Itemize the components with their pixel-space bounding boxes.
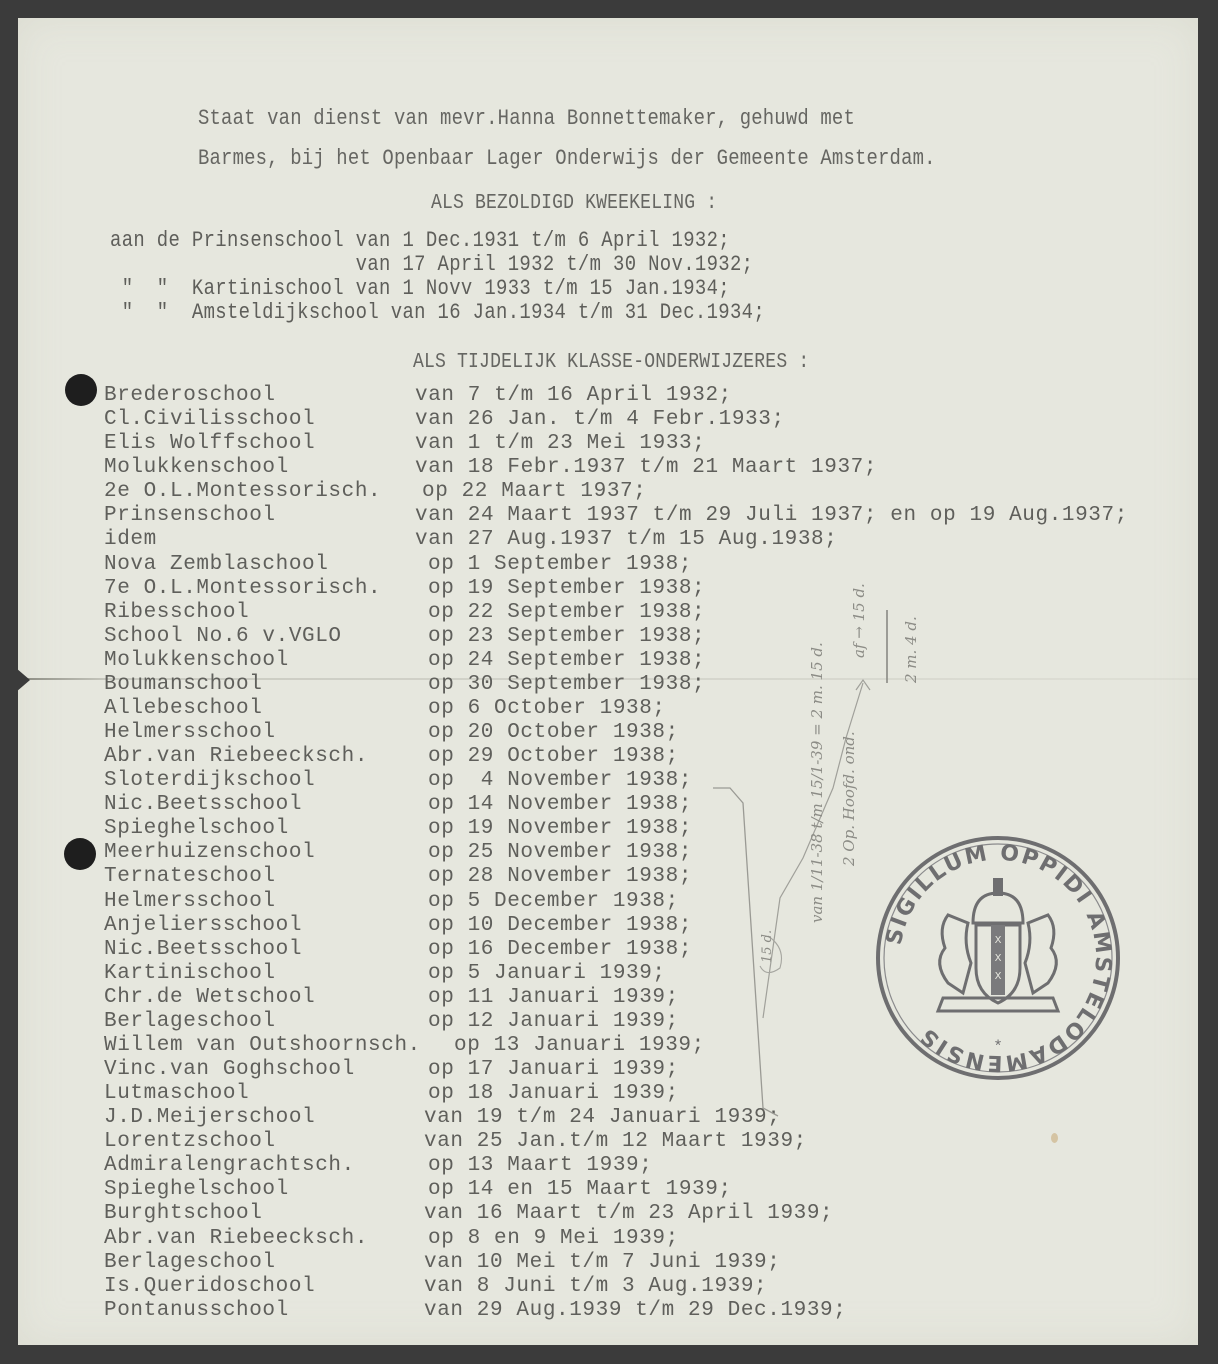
period: op 23 September 1938; (428, 625, 705, 649)
school-name: Molukkenschool (104, 649, 289, 673)
period: van 7 t/m 16 April 1932; (415, 384, 732, 408)
punch-hole-bottom (64, 838, 96, 870)
period: van 29 Aug.1939 t/m 29 Dec.1939; (424, 1299, 846, 1323)
svg-text:X: X (995, 953, 1002, 964)
school-name: School No.6 v.VGLO (104, 625, 342, 649)
school-name: Nic.Beetsschool (104, 938, 302, 962)
period: op 22 Maart 1937; (422, 480, 646, 504)
paper-tear (16, 668, 30, 692)
period: op 8 en 9 Mei 1939; (428, 1227, 679, 1251)
period: van 24 Maart 1937 t/m 29 Juli 1937; en o… (415, 504, 1128, 528)
kweekeling-line-2: van 17 April 1932 t/m 30 Nov.1932; (110, 254, 753, 276)
school-name: Cl.Civilisschool (104, 408, 315, 432)
school-name: Vinc.van Goghschool (104, 1058, 355, 1082)
pencil-note-dates: van 1/11-38 t/m 15/1-39 = 2 m. 15 d. (808, 642, 826, 923)
school-name: Nova Zemblaschool (104, 553, 328, 577)
stain-mark (1051, 1133, 1058, 1143)
school-name: Admiralengrachtsch. (104, 1154, 355, 1178)
section-heading-klasse-onderwijzeres: ALS TIJDELIJK KLASSE-ONDERWIJZERES : (413, 352, 809, 373)
school-name: Meerhuizenschool (104, 841, 315, 865)
school-name: idem (104, 528, 157, 552)
period: op 4 November 1938; (428, 769, 692, 793)
kweekeling-line-1: aan de Prinsenschool van 1 Dec.1931 t/m … (110, 230, 730, 252)
period: op 1 September 1938; (428, 553, 692, 577)
title-line-2: Barmes, bij het Openbaar Lager Onderwijs… (198, 148, 936, 170)
period: op 5 Januari 1939; (428, 962, 666, 986)
school-name: Chr.de Wetschool (104, 986, 315, 1010)
school-name: Is.Queridoschool (104, 1275, 315, 1299)
school-name: Lorentzschool (104, 1130, 276, 1154)
period: van 8 Juni t/m 3 Aug.1939; (424, 1275, 767, 1299)
punch-hole-top (65, 374, 97, 406)
period: op 6 October 1938; (428, 697, 666, 721)
period: op 25 November 1938; (428, 841, 692, 865)
city-seal-stamp: SIGILLUM OPPIDI AMSTELODAMENSIS X X X * (873, 833, 1123, 1083)
school-name: Burghtschool (104, 1202, 262, 1226)
period: op 5 December 1938; (428, 890, 679, 914)
title-line-1: Staat van dienst van mevr.Hanna Bonnette… (198, 108, 855, 130)
school-name: Sloterdijkschool (104, 769, 315, 793)
period: op 16 December 1938; (428, 938, 692, 962)
period: op 29 October 1938; (428, 745, 679, 769)
school-name: 7e O.L.Montessorisch. (104, 577, 381, 601)
period: op 10 December 1938; (428, 914, 692, 938)
period: op 18 Januari 1939; (428, 1082, 679, 1106)
school-name: Pontanusschool (104, 1299, 289, 1323)
school-name: Helmersschool (104, 890, 276, 914)
school-name: 2e O.L.Montessorisch. (104, 480, 381, 504)
period: op 19 September 1938; (428, 577, 705, 601)
school-name: Spieghelschool (104, 1178, 289, 1202)
period: van 19 t/m 24 Januari 1939; (424, 1106, 780, 1130)
period: van 26 Jan. t/m 4 Febr.1933; (415, 408, 785, 432)
school-name: Allebeschool (104, 697, 262, 721)
period: op 14 en 15 Maart 1939; (428, 1178, 732, 1202)
period: op 17 Januari 1939; (428, 1058, 679, 1082)
period: op 19 November 1938; (428, 817, 692, 841)
pencil-note-hoofd: 2 Op. Hoofd. ond. (840, 731, 858, 866)
period: op 12 Januari 1939; (428, 1010, 679, 1034)
school-name: Abr.van Riebeecksch. (104, 1227, 368, 1251)
period: van 27 Aug.1937 t/m 15 Aug.1938; (415, 528, 837, 552)
school-name: Lutmaschool (104, 1082, 249, 1106)
school-name: Ribesschool (104, 601, 249, 625)
school-name: Brederoschool (104, 384, 276, 408)
school-name: Kartinischool (104, 962, 276, 986)
school-name: Elis Wolffschool (104, 432, 315, 456)
period: op 28 November 1938; (428, 865, 692, 889)
period: op 30 September 1938; (428, 673, 705, 697)
school-name: Willem van Outshoornsch. (104, 1034, 421, 1058)
kweekeling-line-3: " " Kartinischool van 1 Novv 1933 t/m 15… (110, 278, 730, 300)
pencil-note-circled: 15 d. (760, 930, 775, 963)
school-name: Molukkenschool (104, 456, 289, 480)
period: op 13 Maart 1939; (428, 1154, 652, 1178)
period: van 1 t/m 23 Mei 1933; (415, 432, 705, 456)
period: op 13 Januari 1939; (454, 1034, 705, 1058)
school-name: J.D.Meijerschool (104, 1106, 315, 1130)
school-name: Berlageschool (104, 1251, 276, 1275)
period: van 10 Mei t/m 7 Juni 1939; (424, 1251, 780, 1275)
school-name: Berlageschool (104, 1010, 276, 1034)
period: op 24 September 1938; (428, 649, 705, 673)
pencil-note-af: af → 15 d. (850, 583, 868, 658)
period: op 20 October 1938; (428, 721, 679, 745)
school-name: Ternateschool (104, 865, 276, 889)
svg-text:X: X (995, 935, 1002, 946)
school-name: Abr.van Riebeecksch. (104, 745, 368, 769)
school-name: Anjeliersschool (104, 914, 302, 938)
school-name: Boumanschool (104, 673, 262, 697)
seal-star: * (993, 1038, 1003, 1056)
school-name: Prinsenschool (104, 504, 276, 528)
document-page: Staat van dienst van mevr.Hanna Bonnette… (18, 18, 1198, 1345)
period: van 25 Jan.t/m 12 Maart 1939; (424, 1130, 807, 1154)
period: op 22 September 1938; (428, 601, 705, 625)
section-heading-kweekeling: ALS BEZOLDIGD KWEEKELING : (431, 193, 717, 214)
period: van 18 Febr.1937 t/m 21 Maart 1937; (415, 456, 877, 480)
school-name: Helmersschool (104, 721, 276, 745)
kweekeling-line-4: " " Amsteldijkschool van 16 Jan.1934 t/m… (110, 302, 765, 324)
period: van 16 Maart t/m 23 April 1939; (424, 1202, 833, 1226)
school-name: Nic.Beetsschool (104, 793, 302, 817)
school-name: Spieghelschool (104, 817, 289, 841)
period: op 11 Januari 1939; (428, 986, 679, 1010)
pencil-note-total: 2 m. 4 d. (902, 616, 920, 683)
svg-text:X: X (995, 971, 1002, 982)
period: op 14 November 1938; (428, 793, 692, 817)
